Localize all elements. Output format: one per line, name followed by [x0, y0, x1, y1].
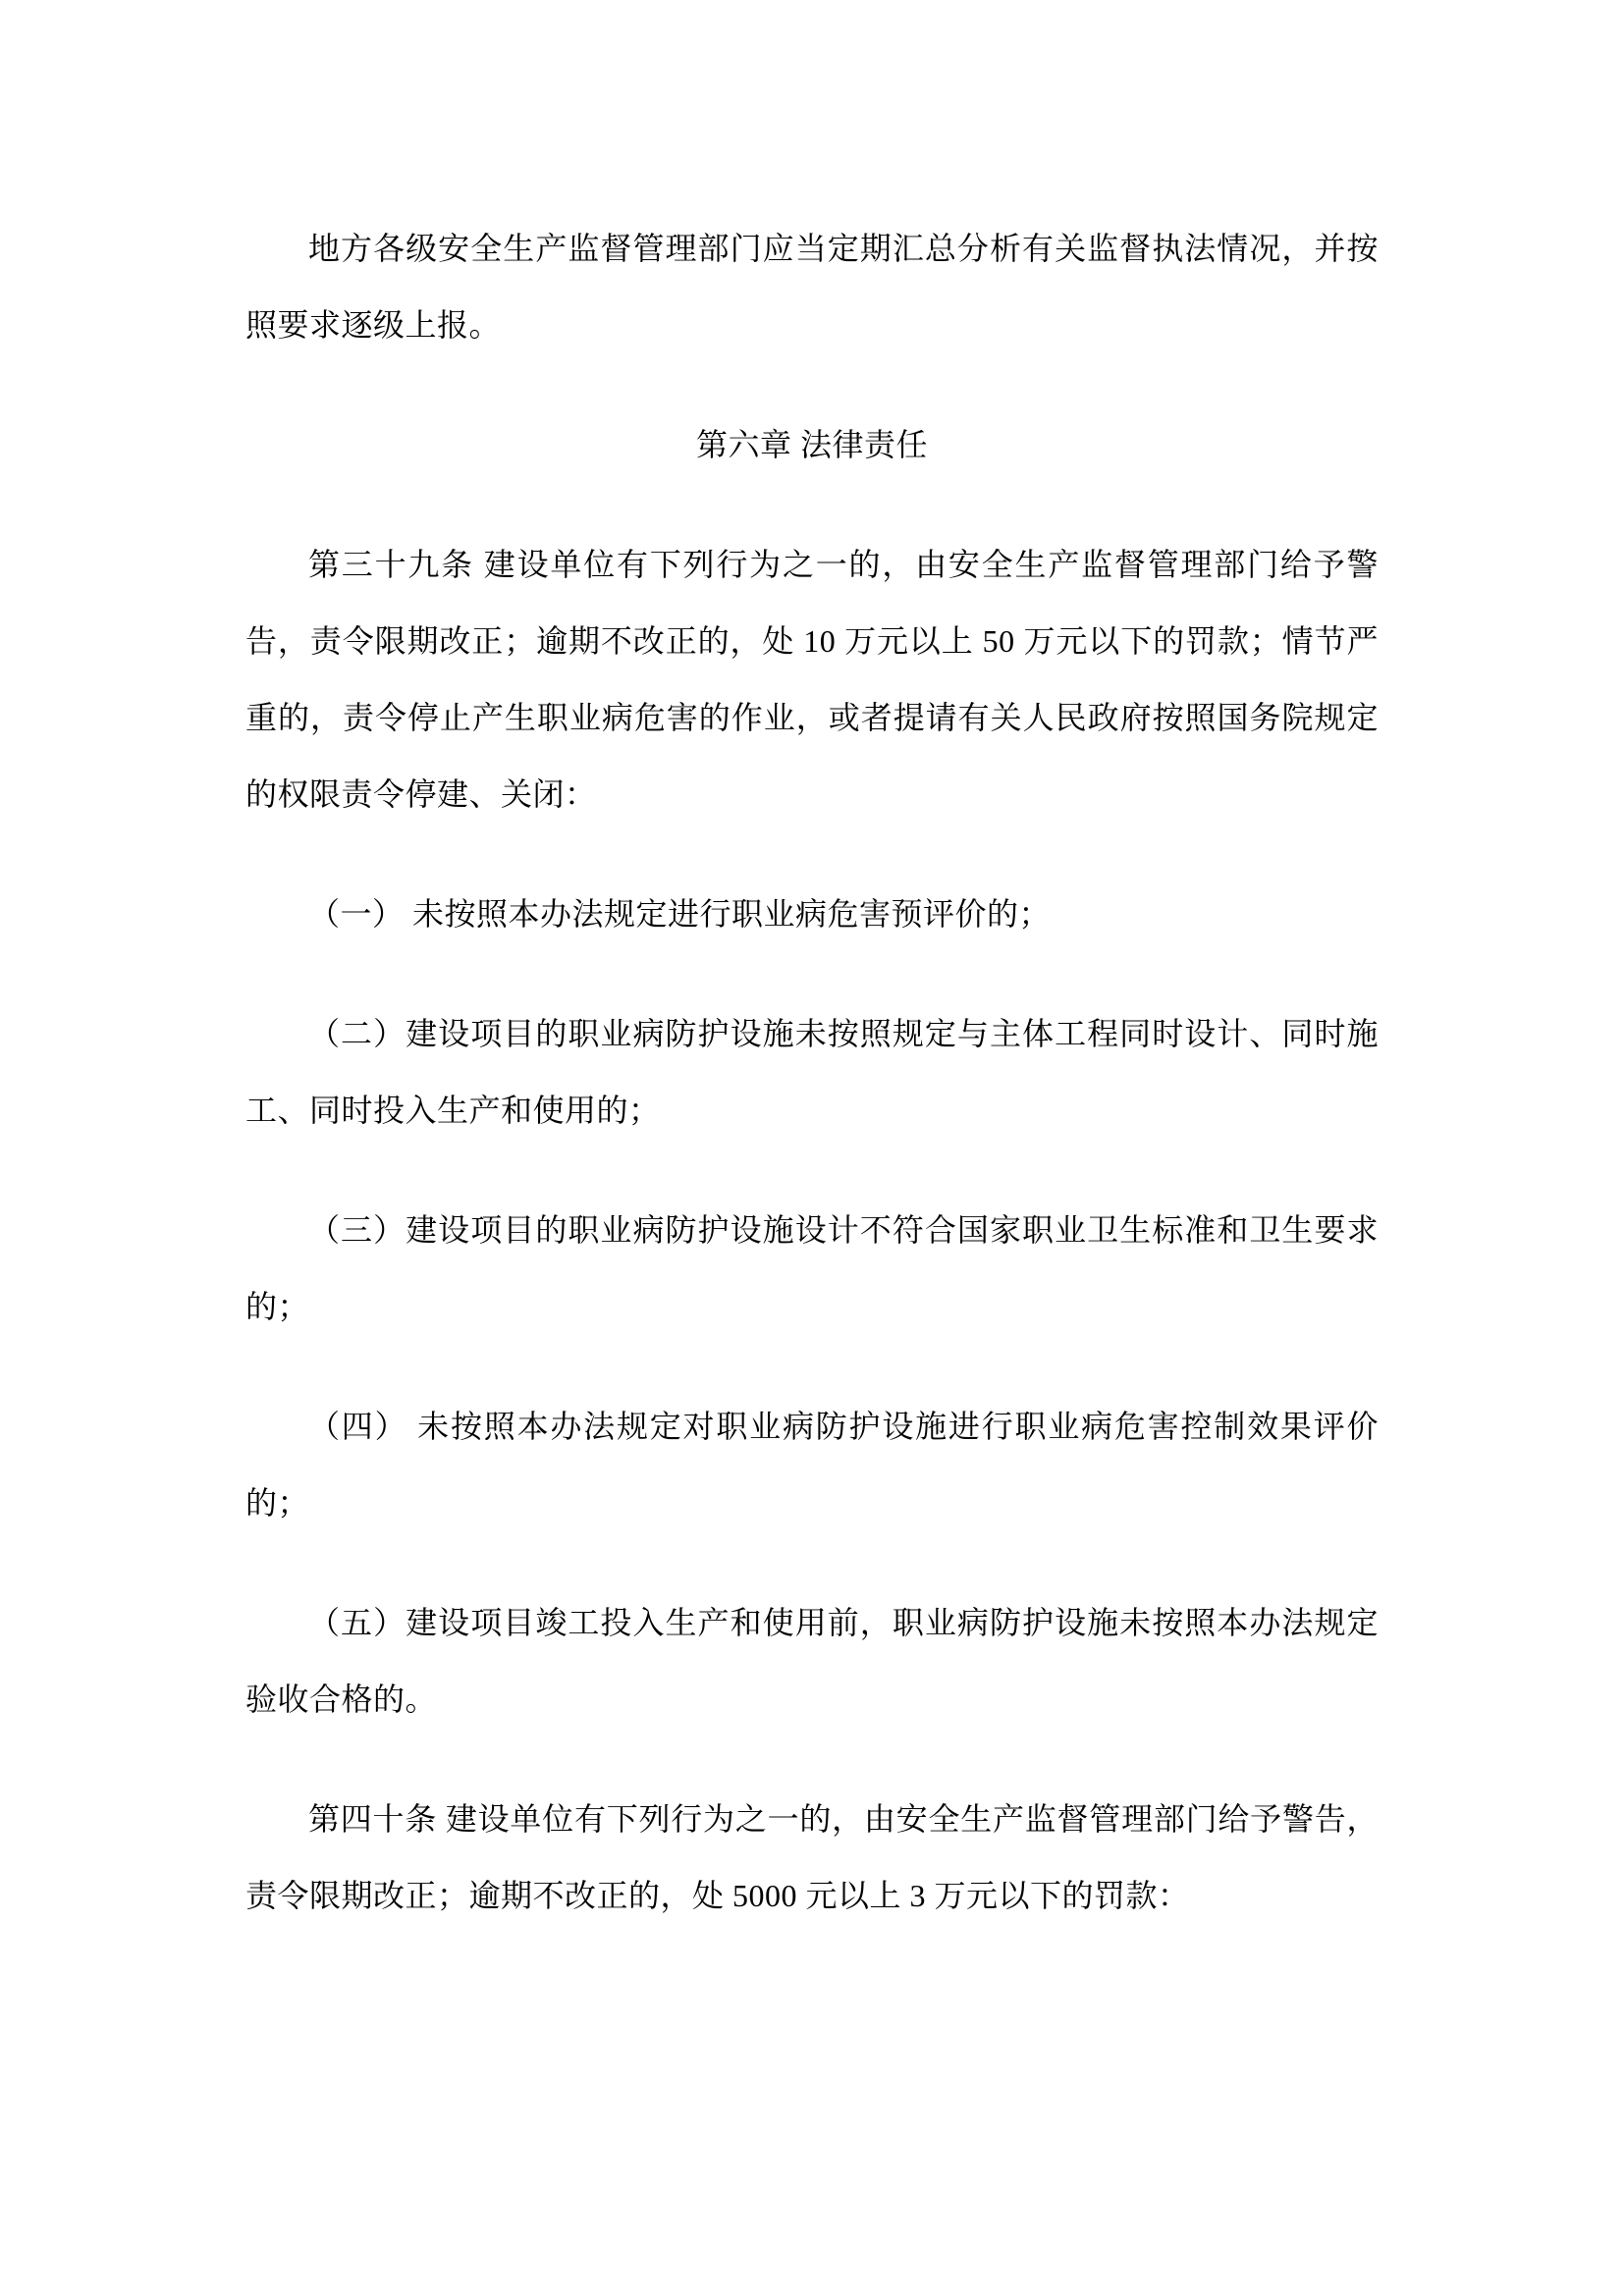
article-39-item-5: （五）建设项目竣工投入生产和使用前，职业病防护设施未按照本办法规定验收合格的。 — [245, 1584, 1379, 1737]
chapter-heading: 第六章 法律责任 — [245, 406, 1379, 483]
article-39-item-3: （三）建设项目的职业病防护设施设计不符合国家职业卫生标准和卫生要求的； — [245, 1192, 1379, 1345]
intro-paragraph: 地方各级安全生产监督管理部门应当定期汇总分析有关监督执法情况，并按照要求逐级上报… — [245, 210, 1379, 363]
document-page: 地方各级安全生产监督管理部门应当定期汇总分析有关监督执法情况，并按照要求逐级上报… — [0, 0, 1624, 2296]
article-40-intro-paragraph: 第四十条 建设单位有下列行为之一的，由安全生产监督管理部门给予警告，责令限期改正… — [245, 1781, 1379, 1934]
article-39-item-1: （一） 未按照本办法规定进行职业病危害预评价的； — [245, 876, 1379, 952]
article-39-item-4: （四） 未按照本办法规定对职业病防护设施进行职业病危害控制效果评价的； — [245, 1388, 1379, 1541]
article-39-item-2: （二）建设项目的职业病防护设施未按照规定与主体工程同时设计、同时施工、同时投入生… — [245, 995, 1379, 1148]
article-39-intro-paragraph: 第三十九条 建设单位有下列行为之一的，由安全生产监督管理部门给予警告，责令限期改… — [245, 526, 1379, 832]
